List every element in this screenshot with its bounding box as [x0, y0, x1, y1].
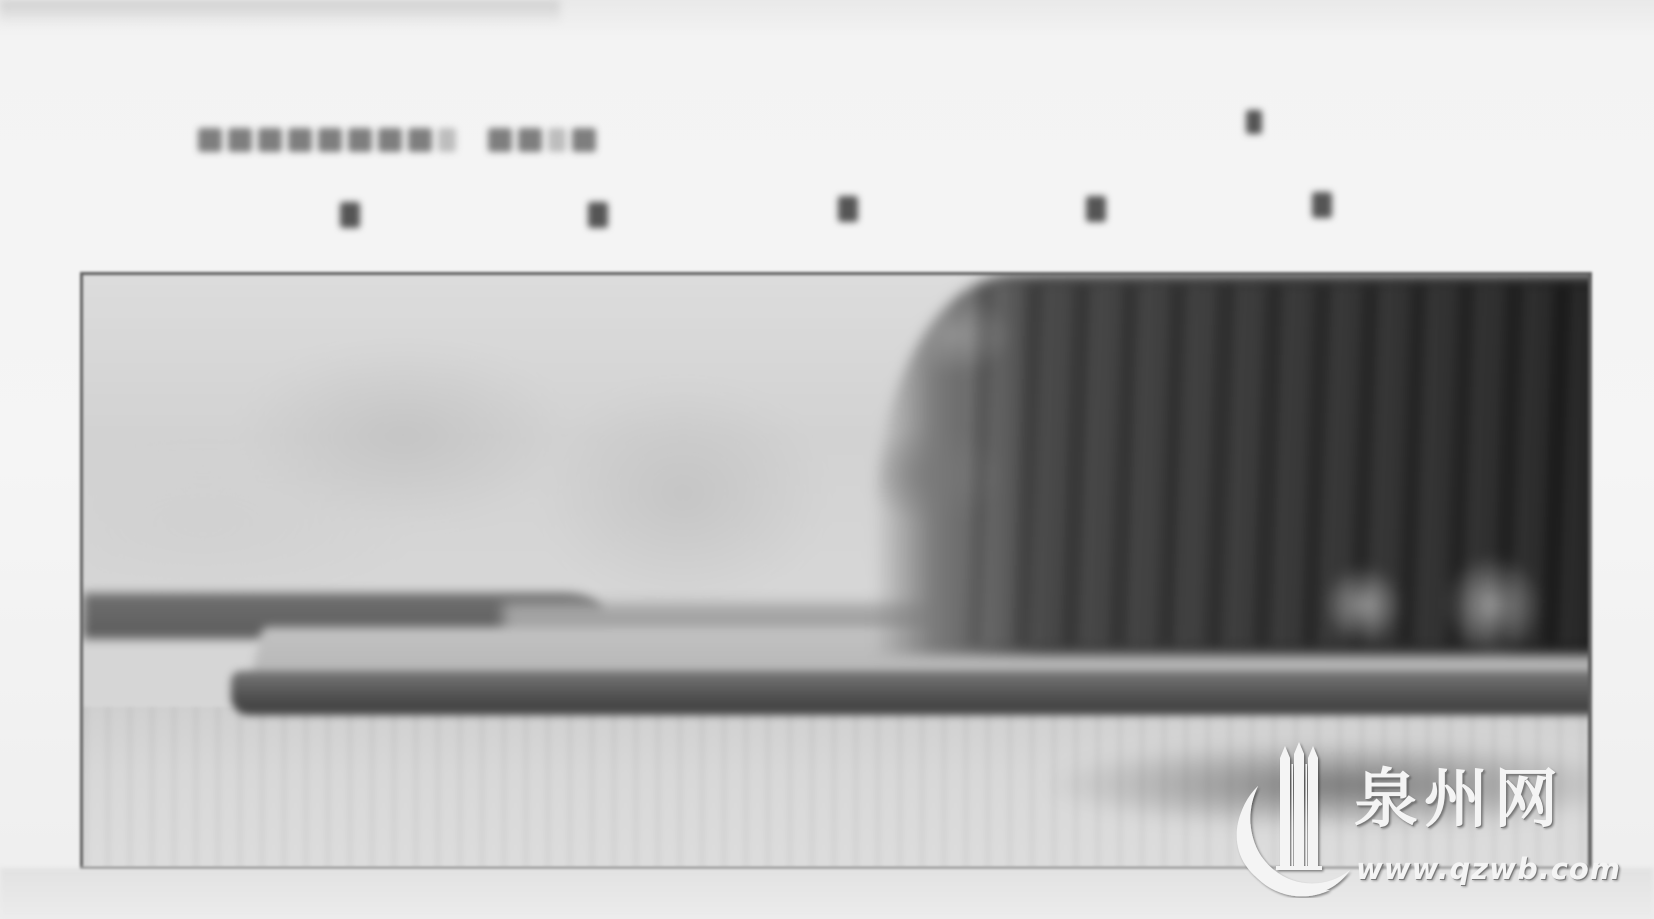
illegible-title-glyph: [1086, 196, 1106, 222]
caption-glyph: [518, 128, 542, 152]
illegible-title-glyph: [588, 202, 608, 228]
illegible-title-glyph: [1246, 110, 1262, 134]
caption-glyph: [438, 128, 456, 152]
caption-glyph: [488, 128, 512, 152]
sky-texture: [83, 275, 983, 635]
illegible-title-glyph: [1312, 192, 1332, 218]
illegible-caption: [198, 126, 618, 154]
illegible-title-glyph: [838, 196, 858, 222]
caption-glyph: [548, 128, 566, 152]
pier-wall: [231, 671, 1592, 715]
caption-glyph: [258, 128, 282, 152]
caption-glyph: [318, 128, 342, 152]
site-watermark: 泉州网 www.qzwb.com: [1218, 738, 1638, 898]
caption-glyph: [408, 128, 432, 152]
caption-glyph: [572, 128, 596, 152]
page-shadow: [0, 0, 560, 24]
caption-glyph: [228, 128, 252, 152]
quanzhou-net-logo-icon: [1218, 738, 1358, 898]
illegible-title-glyph: [340, 202, 360, 228]
caption-glyph: [378, 128, 402, 152]
caption-glyph: [198, 128, 222, 152]
caption-gap: [462, 128, 482, 152]
watermark-site-name: 泉州网: [1354, 768, 1564, 832]
watermark-url: www.qzwb.com: [1356, 852, 1621, 886]
tree-texture: [963, 285, 1592, 645]
caption-glyph: [348, 128, 372, 152]
caption-glyph: [288, 128, 312, 152]
